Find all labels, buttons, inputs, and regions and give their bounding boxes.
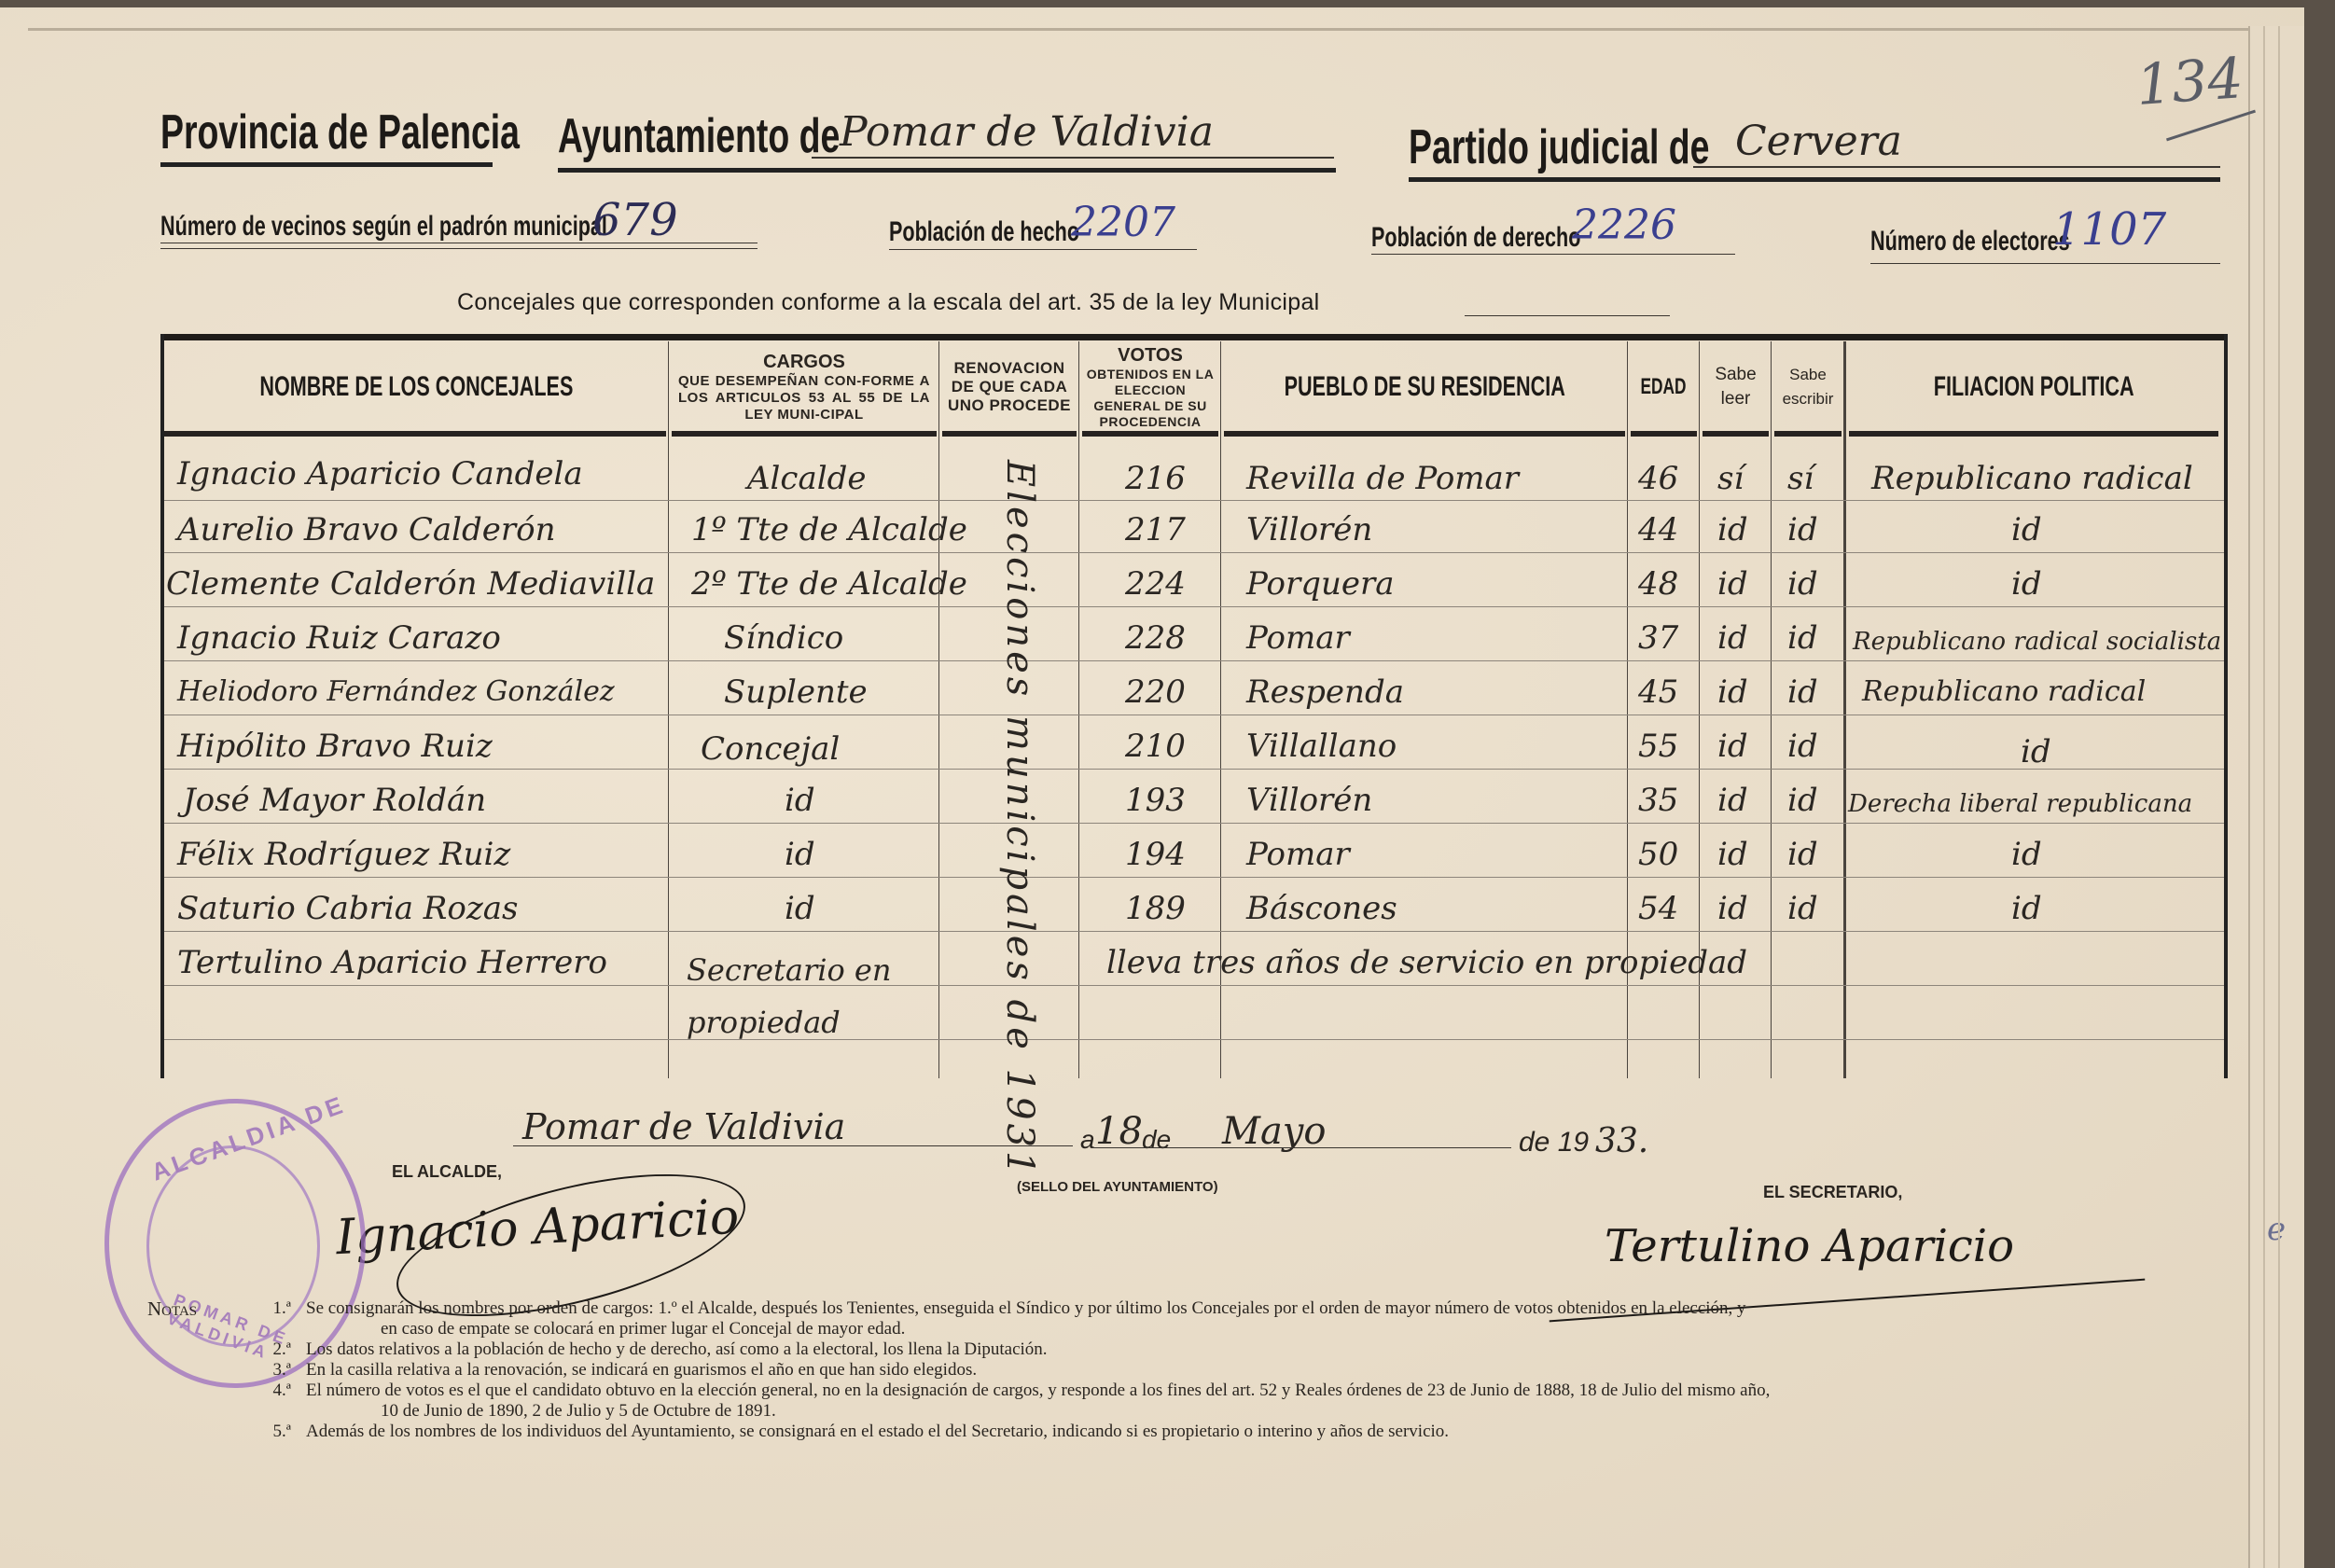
cell-votos: 228 — [1125, 619, 1186, 657]
note-item: 2.ª Los datos relativos a la población d… — [147, 1339, 2246, 1360]
footer-de-label: de — [1142, 1125, 1171, 1155]
header-votos-title: VOTOS — [1118, 345, 1183, 367]
cell-cargo: Concejal — [701, 730, 840, 768]
vecinos-line-2 — [160, 248, 757, 249]
cell-votos: 220 — [1125, 673, 1186, 711]
cell-filiacion: id — [2011, 890, 2042, 927]
header-rule — [1082, 431, 1218, 437]
cell-escribir: id — [1787, 890, 1818, 927]
cell-filiacion: Republicano radical socialista — [1853, 623, 2221, 660]
note-continuation: 10 de Junio de 1890, 2 de Julio y 5 de O… — [147, 1401, 2246, 1422]
row-rule — [164, 985, 2224, 986]
hecho-value: 2207 — [1071, 199, 1175, 246]
partido-label: Partido judicial de — [1409, 119, 1709, 175]
row-rule — [164, 715, 2224, 715]
provincia-label: Provincia de Palencia — [160, 104, 520, 160]
cell-votos: 194 — [1125, 836, 1186, 873]
header-sabe-escribir: Sabe escribir — [1772, 343, 1843, 431]
note-number: 1.ª — [244, 1298, 306, 1319]
cell-leer: sí — [1717, 460, 1744, 497]
cell-escribir: sí — [1787, 460, 1814, 497]
cell-leer: id — [1717, 782, 1748, 819]
header-sabe-leer: Sabe leer — [1701, 343, 1771, 431]
cell-cargo: 1º Tte de Alcalde — [691, 511, 967, 548]
cell-filiacion: Republicano radical — [1862, 673, 2146, 711]
note-item: Notas 1.ª Se consignarán los nombres por… — [147, 1298, 2246, 1319]
cell-edad: 55 — [1638, 728, 1678, 765]
book-page-edges: e — [2248, 26, 2304, 1568]
header-pueblo: PUEBLO DE SU RESIDENCIA — [1222, 343, 1627, 431]
col-sep — [1843, 341, 1846, 1078]
cell-filiacion: id — [2021, 733, 2051, 770]
cell-nombre: Heliodoro Fernández González — [177, 673, 615, 711]
cell-nombre: José Mayor Roldán — [183, 782, 486, 819]
caption-line — [1465, 315, 1670, 316]
ayuntamiento-label: Ayuntamiento de — [558, 108, 840, 164]
cell-leer: id — [1717, 619, 1748, 657]
cell-edad: 54 — [1638, 890, 1678, 927]
ayuntamiento-value: Pomar de Valdivia — [840, 108, 1214, 156]
cell-votos: 189 — [1125, 890, 1186, 927]
cell-cargo: Síndico — [724, 619, 843, 657]
header-pueblo-text: PUEBLO DE SU RESIDENCIA — [1284, 371, 1564, 403]
renovacion-vertical-text: Elecciones municipales de 1931 — [985, 460, 1041, 1057]
header-rule — [1224, 431, 1625, 437]
row-rule — [164, 552, 2224, 553]
header-sabe-leer-text: Sabe leer — [1713, 363, 1759, 411]
note-text: En la casilla relativa a la renovación, … — [306, 1360, 977, 1381]
row-rule — [164, 769, 2224, 770]
cell-cargo: id — [785, 836, 815, 873]
cell-votos: 193 — [1125, 782, 1186, 819]
sello-label: (SELLO DEL AYUNTAMIENTO) — [1017, 1179, 1218, 1195]
vecinos-label: Número de vecinos según el padrón munici… — [160, 211, 607, 243]
note-item: 5.ª Además de los nombres de los individ… — [147, 1422, 2246, 1442]
header-renovacion: RENOVACION DE QUE CADA UNO PROCEDE — [940, 343, 1078, 431]
row-rule — [164, 823, 2224, 824]
cell-filiacion: id — [2011, 565, 2042, 603]
vecinos-value: 679 — [592, 194, 678, 246]
header-sabe-escribir-text: Sabe escribir — [1780, 363, 1836, 411]
header-rule — [672, 431, 937, 437]
note-number: 2.ª — [244, 1339, 306, 1360]
cell-escribir: id — [1787, 673, 1818, 711]
derecho-label: Población de derecho — [1371, 222, 1580, 254]
cell-cargo: Suplente — [724, 673, 868, 711]
note-text: Además de los nombres de los individuos … — [306, 1422, 1449, 1442]
cell-filiacion: id — [2011, 511, 2042, 548]
cell-pueblo: Pomar — [1246, 619, 1350, 657]
cell-leer: id — [1717, 836, 1748, 873]
col-sep — [938, 341, 939, 1078]
note-item: 3.ª En la casilla relativa a la renovaci… — [147, 1360, 2246, 1381]
cell-votos: 210 — [1125, 728, 1186, 765]
concejales-caption: Concejales que corresponden conforme a l… — [457, 289, 1320, 316]
secretario-service-note: lleva tres años de servicio en propiedad — [1106, 944, 1747, 981]
header-edad: EDAD — [1629, 343, 1699, 431]
cell-nombre: Aurelio Bravo Calderón — [177, 511, 556, 548]
cell-pueblo: Villallano — [1246, 728, 1397, 765]
note-number: 5.ª — [244, 1422, 306, 1442]
footer-place-line — [513, 1145, 1073, 1146]
cell-nombre: Félix Rodríguez Ruiz — [177, 836, 510, 873]
row-rule — [164, 500, 2224, 501]
note-text: en caso de empate se colocará en primer … — [381, 1319, 905, 1339]
derecho-line — [1371, 254, 1735, 255]
hecho-label: Población de hecho — [889, 216, 1079, 248]
footer-year-prefix: de 19 — [1519, 1127, 1589, 1159]
ledger-page: e 134 Provincia de Palencia Ayuntamiento… — [0, 7, 2304, 1568]
note-number: 4.ª — [244, 1381, 306, 1401]
note-number: 3.ª — [244, 1360, 306, 1381]
cell-nombre: Saturio Cabria Rozas — [177, 890, 518, 927]
cell-leer: id — [1717, 673, 1748, 711]
row-rule — [164, 931, 2224, 932]
cell-edad: 37 — [1638, 619, 1678, 657]
cell-escribir: id — [1787, 619, 1818, 657]
header-filiacion-text: FILIACION POLITICA — [1934, 371, 2134, 403]
header-rule — [1774, 431, 1842, 437]
row-rule — [164, 606, 2224, 607]
cell-escribir: id — [1787, 565, 1818, 603]
page-top-edge — [28, 28, 2248, 31]
notes-section: Notas 1.ª Se consignarán los nombres por… — [147, 1298, 2246, 1442]
cell-filiacion: Derecha liberal republicana — [1848, 785, 2192, 823]
ayuntamiento-underline — [558, 168, 1336, 173]
cell-filiacion: Republicano radical — [1871, 460, 2193, 497]
col-sep — [668, 341, 669, 1078]
cell-votos: 216 — [1125, 460, 1186, 497]
cell-pueblo: Báscones — [1246, 890, 1397, 927]
electores-label: Número de electores — [1870, 226, 2070, 257]
cell-nombre: Tertulino Aparicio Herrero — [177, 944, 607, 981]
cell-pueblo: Villorén — [1246, 782, 1372, 819]
notes-label: Notas — [147, 1298, 244, 1319]
vecinos-line-1 — [160, 243, 757, 243]
partido-underline — [1409, 177, 2220, 182]
cell-pueblo: Revilla de Pomar — [1246, 460, 1519, 497]
page-number: 134 — [2134, 46, 2245, 118]
cell-leer: id — [1717, 565, 1748, 603]
note-text: Los datos relativos a la población de he… — [306, 1339, 1048, 1360]
cell-cargo: id — [785, 890, 815, 927]
cell-escribir: id — [1787, 836, 1818, 873]
footer-year-suffix: 33. — [1595, 1122, 1648, 1160]
partido-value: Cervera — [1735, 118, 1902, 165]
header-nombre-text: NOMBRE DE LOS CONCEJALES — [259, 371, 573, 403]
cell-edad: 45 — [1638, 673, 1678, 711]
note-text: El número de votos es el que el candidat… — [306, 1381, 1770, 1401]
cell-leer: id — [1717, 728, 1748, 765]
note-continuation: en caso de empate se colocará en primer … — [147, 1319, 2246, 1339]
cell-leer: id — [1717, 890, 1748, 927]
cell-escribir: id — [1787, 782, 1818, 819]
header-cargos-sub: QUE DESEMPEÑAN CON-FORME A LOS ARTICULOS… — [678, 373, 930, 423]
cell-escribir: id — [1787, 511, 1818, 548]
col-sep — [1078, 341, 1079, 1078]
electores-value: 1107 — [2052, 203, 2166, 256]
footer-place: Pomar de Valdivia — [522, 1106, 845, 1147]
row-rule — [164, 877, 2224, 878]
footer-a-label: a — [1080, 1125, 1095, 1155]
header-renovacion-text: RENOVACION DE QUE CADA UNO PROCEDE — [940, 359, 1078, 415]
margin-mark: e — [2267, 1211, 2286, 1248]
partido-field-line — [1693, 166, 2220, 168]
cell-cargo: Secretario en propiedad — [687, 944, 938, 1048]
header-filiacion: FILIACION POLITICA — [1847, 343, 2220, 431]
cell-cargo: id — [785, 782, 815, 819]
provincia-underline — [160, 162, 493, 167]
cell-nombre: Clemente Calderón Mediavilla — [166, 565, 655, 603]
cell-pueblo: Pomar — [1246, 836, 1350, 873]
col-sep — [1771, 341, 1772, 1078]
cell-edad: 48 — [1638, 565, 1678, 603]
cell-nombre: Hipólito Bravo Ruiz — [177, 728, 493, 765]
derecho-value: 2226 — [1572, 201, 1676, 249]
cell-pueblo: Porquera — [1246, 565, 1395, 603]
cell-nombre: Ignacio Aparicio Candela — [177, 455, 583, 493]
header-rule — [942, 431, 1077, 437]
header-rule — [1703, 431, 1769, 437]
header-edad-text: EDAD — [1641, 374, 1687, 400]
header-rule — [164, 431, 666, 437]
row-rule — [164, 660, 2224, 661]
header-rule — [1631, 431, 1697, 437]
header-rule — [1849, 431, 2218, 437]
note-text: 10 de Junio de 1890, 2 de Julio y 5 de O… — [381, 1401, 776, 1422]
cell-votos: 217 — [1125, 511, 1186, 548]
secretario-signature: Tertulino Aparicio — [1605, 1220, 2014, 1272]
alcalde-label: EL ALCALDE, — [392, 1162, 502, 1182]
cell-nombre: Ignacio Ruiz Carazo — [177, 619, 501, 657]
ayuntamiento-field-line — [812, 157, 1334, 159]
header-cargos-title: CARGOS — [763, 352, 845, 373]
cell-cargo: Alcalde — [747, 460, 867, 497]
header-cargos: CARGOS QUE DESEMPEÑAN CON-FORME A LOS AR… — [670, 343, 938, 431]
cell-filiacion: id — [2011, 836, 2042, 873]
cell-pueblo: Respenda — [1246, 673, 1404, 711]
cell-leer: id — [1717, 511, 1748, 548]
cell-edad: 44 — [1638, 511, 1678, 548]
header-votos-sub: OBTENIDOS EN LA ELECCION GENERAL DE SU P… — [1080, 367, 1220, 430]
note-text: Se consignarán los nombres por orden de … — [306, 1298, 1746, 1319]
row-rule — [164, 1039, 2224, 1040]
footer-month-line — [1091, 1147, 1511, 1148]
electores-line — [1870, 263, 2220, 264]
cell-edad: 50 — [1638, 836, 1678, 873]
cell-edad: 46 — [1638, 460, 1678, 497]
cell-cargo: 2º Tte de Alcalde — [691, 565, 967, 603]
cell-votos: 224 — [1125, 565, 1186, 603]
cell-escribir: id — [1787, 728, 1818, 765]
hecho-line — [889, 249, 1197, 250]
secretario-label: EL SECRETARIO, — [1763, 1183, 1902, 1202]
cell-edad: 35 — [1638, 782, 1678, 819]
note-item: 4.ª El número de votos es el que el cand… — [147, 1381, 2246, 1401]
concejales-table: NOMBRE DE LOS CONCEJALES CARGOS QUE DESE… — [160, 334, 2228, 1078]
cell-pueblo: Villorén — [1246, 511, 1372, 548]
header-votos: VOTOS OBTENIDOS EN LA ELECCION GENERAL D… — [1080, 343, 1220, 431]
header-nombre: NOMBRE DE LOS CONCEJALES — [164, 343, 668, 431]
